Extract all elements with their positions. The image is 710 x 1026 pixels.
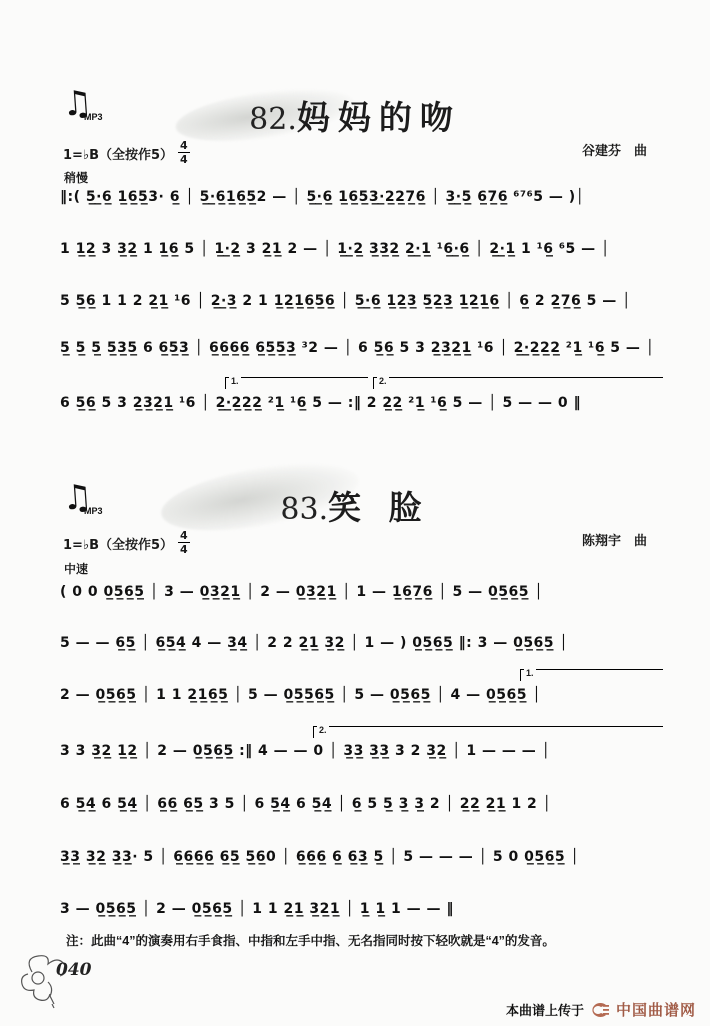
song82-title: 82.妈妈的吻 [0, 92, 710, 139]
song82-keyline: 1=♭B（全按作5）44 谷建芬 曲 [63, 140, 647, 165]
page-number: 040 [56, 960, 92, 980]
score-line: ‖:( 5̲·̲6̲ 1̲6̲5̲3· 6̲ │ 5̲·̲6̲1̲6̲5̲2 —… [60, 186, 666, 208]
song82-composer: 谷建芬 曲 [582, 140, 647, 159]
song82-name: 妈妈的吻 [297, 98, 461, 137]
volta2-label: 2. [377, 376, 389, 386]
score-line: 1 1̲2̲ 3 3̲2̲ 1 1̲6̲ 5 │ 1̲·̲2̲ 3 2̲1̲ 2… [60, 238, 666, 260]
song83-tempo: 中速 [64, 560, 88, 577]
credit-text: 本曲谱上传于 [506, 1000, 584, 1019]
song82-key-signature: 1=♭B（全按作5）44 [63, 140, 190, 165]
volta-bracket-1: 1. [520, 669, 663, 681]
score-line: 3 — 0̲5̲6̲5̲ │ 2 — 0̲5̲6̲5̲ │ 1 1 2̲1̲ 3… [60, 898, 666, 920]
score-line: 5̲ 5̲ 5̲ 5̲3̲5̲ 6 6̲5̲3̲ │ 6̲6̲6̲6̲ 6̲5̲… [60, 337, 666, 359]
song83-key-signature: 1=♭B（全按作5）44 [63, 530, 190, 555]
score-line: 6 5̲6̲ 5 3 2̲3̲2̲1̲ ¹6 │ 2̲·̲2̲2̲2̲ ²1̲ … [60, 392, 666, 414]
song82-tempo: 稍慢 [64, 169, 88, 186]
volta2-label: 2. [317, 725, 329, 735]
song83-title: 83.笑 脸 [0, 482, 710, 529]
score-line: 2 — 0̲5̲6̲5̲ │ 1 1 2̲1̲6̲5̲ │ 5 — 0̲5̲5̲… [60, 684, 666, 706]
song83-name: 笑 脸 [328, 488, 430, 527]
score-line: 5 — — 6̲5̲ │ 6̲5̲4̲ 4 — 3̲4̲ │ 2 2 2̲1̲ … [60, 632, 666, 654]
score-line: ( 0 0 0̲5̲6̲5̲ │ 3 — 0̲3̲2̲1̲ │ 2 — 0̲3̲… [60, 581, 666, 603]
song83-number: 83. [280, 492, 328, 527]
song83-keyline: 1=♭B（全按作5）44 陈翔宇 曲 [63, 530, 647, 555]
volta-bracket-2: 2. [313, 726, 663, 738]
performance-note: 注：此曲“4”的演奏用右手食指、中指和左手中指、无名指同时按下轻吹就是“4”的发… [66, 931, 666, 949]
volta1-label: 1. [524, 668, 536, 678]
volta-bracket-2: 2. [373, 377, 663, 389]
score-line: 6 5̲4̲ 6 5̲4̲ │ 6̲6̲ 6̲5̲ 3 5 │ 6 5̲4̲ 6… [60, 793, 666, 815]
upload-credit: 本曲谱上传于 中国曲谱网 [506, 999, 696, 1020]
page-footer-ornament: 040 [18, 952, 128, 1012]
site-logo-icon [590, 1001, 610, 1019]
time-signature: 44 [178, 140, 190, 165]
site-name: 中国曲谱网 [616, 999, 696, 1020]
volta-bracket-1: 1. [225, 377, 368, 389]
score-line: 3̲3̲ 3̲2̲ 3̲3̲· 5 │ 6̲6̲6̲6̲ 6̲5̲ 5̲6̲0 … [60, 846, 666, 868]
volta1-label: 1. [229, 376, 241, 386]
score-line: 5 5̲6̲ 1 1 2 2̲1̲ ¹6 │ 2̲·̲3̲ 2 1 1̲2̲1̲… [60, 290, 666, 312]
song82-number: 82. [249, 102, 297, 137]
score-line: 3 3 3̲2̲ 1̲2̲ │ 2 — 0̲5̲6̲5̲ :‖ 4 — — 0 … [60, 740, 666, 762]
time-signature: 44 [178, 530, 190, 555]
song83-composer: 陈翔宇 曲 [582, 530, 647, 549]
